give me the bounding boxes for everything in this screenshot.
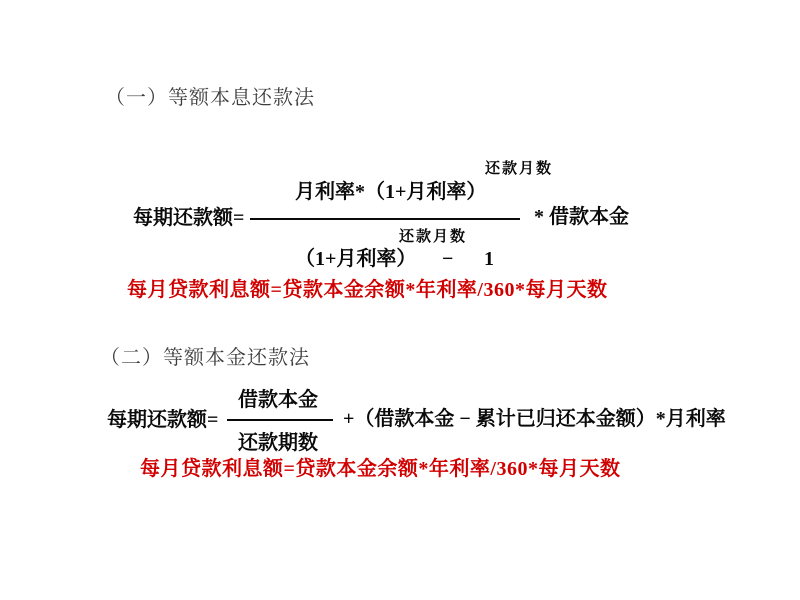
formula1-numerator-base: 月利率*（1+月利率）: [295, 182, 486, 202]
formula2-denominator: 还款期数: [238, 433, 318, 453]
formula2-addend: +（借款本金 − 累计已归还本金额）*月利率: [343, 409, 726, 429]
section1-interest-note: 每月贷款利息额=贷款本金余额*年利率/360*每月天数: [127, 280, 607, 300]
document-page: （一）等额本息还款法 每期还款额= 还款月数 月利率*（1+月利率） 还款月数 …: [0, 0, 800, 600]
formula1-denominator-base: （1+月利率）: [295, 249, 416, 269]
formula1-subtrahend: 1: [484, 249, 494, 269]
section2-interest-note: 每月贷款利息额=贷款本金余额*年利率/360*每月天数: [140, 459, 620, 479]
formula1-multiplicand: * 借款本金: [534, 207, 629, 227]
formula2-lhs: 每期还款额=: [107, 410, 218, 430]
formula1-numerator-exponent: 还款月数: [485, 162, 553, 177]
formula1-denominator-exponent: 还款月数: [399, 230, 467, 245]
formula1-fraction-bar: [250, 218, 520, 220]
formula2-numerator: 借款本金: [238, 390, 318, 410]
section1-heading: （一）等额本息还款法: [105, 88, 315, 108]
formula1-minus-sign: −: [442, 249, 453, 269]
formula1-lhs: 每期还款额=: [133, 208, 244, 228]
section2-heading: （二）等额本金还款法: [100, 348, 310, 368]
formula2-fraction-bar: [227, 419, 333, 421]
